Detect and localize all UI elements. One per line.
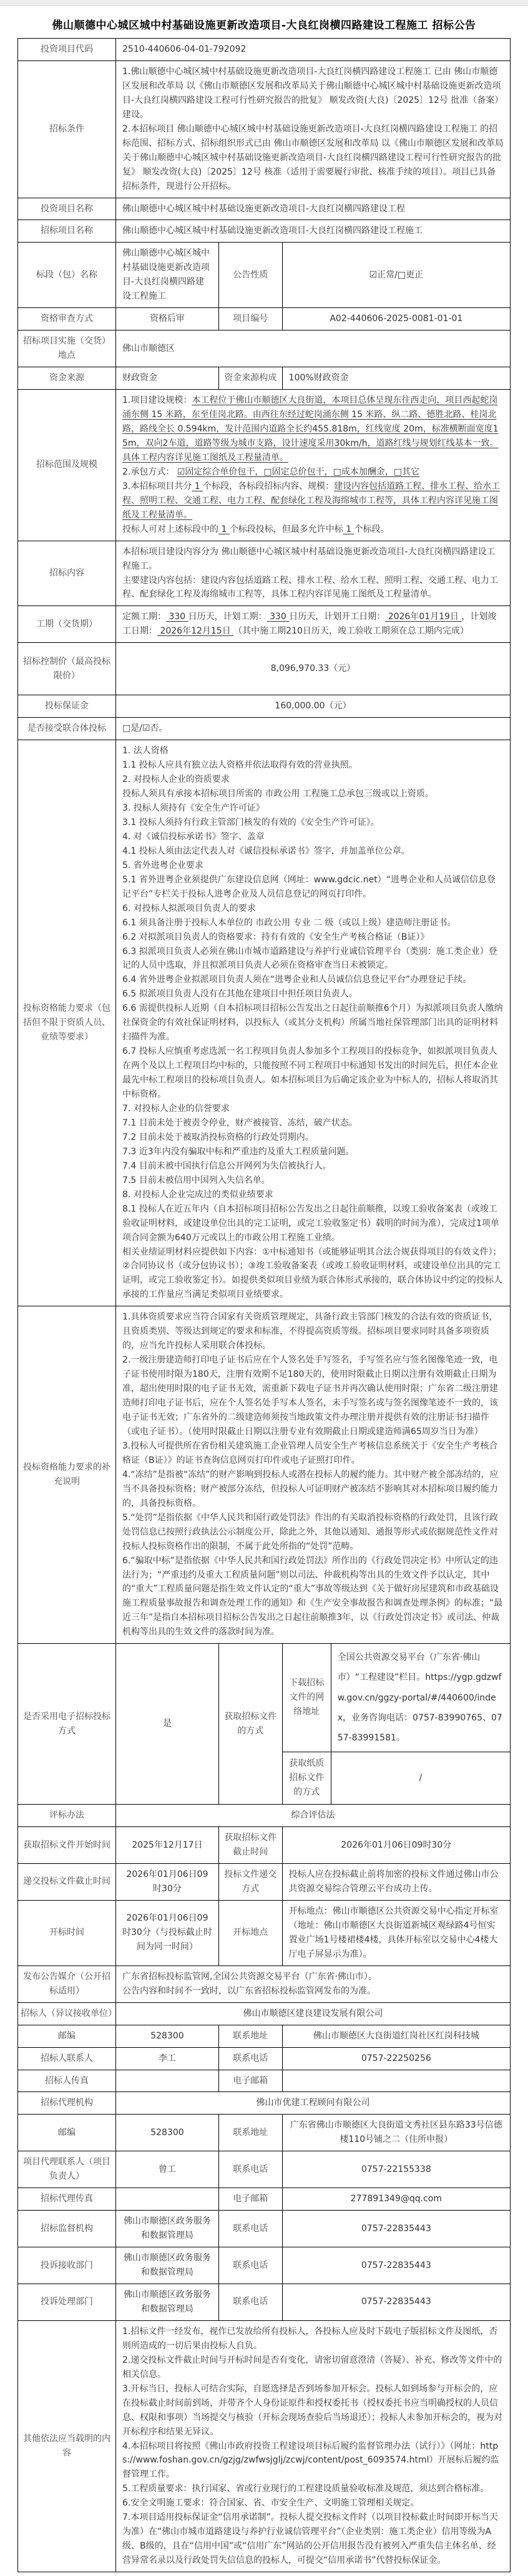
- tenderer-email-label: 电子邮箱: [218, 2070, 282, 2092]
- funding-source-label: 资金来源: [18, 367, 116, 390]
- row-price-ceiling: 招标控制价（最高投标限价）8,096,970.33（元）: [18, 643, 511, 695]
- tenderer-phone-label: 联系电话: [218, 2047, 282, 2070]
- download-url-label: 下载招标文件的网络地址: [282, 1644, 331, 1752]
- row-complaint-receiving: 投诉接收部门佛山市顺德区政务服务和数据管理局联系电话0757-22835443: [18, 2247, 511, 2284]
- tender-conditions-label: 招标条件: [18, 60, 116, 198]
- doc-obtain-deadline-value: 2026年01月06日09时30分: [282, 1827, 510, 1864]
- supervision-phone-value: 0757-22835443: [282, 2211, 510, 2247]
- bid-submission-deadline-label: 递交投标文件截止时间: [18, 1864, 116, 1901]
- qualification-review-label: 资格审查方式: [18, 308, 116, 330]
- investment-project-name-label: 投资项目名称: [18, 198, 116, 220]
- tender-conditions-value: 1.佛山顺德中心城区城中村基础设施更新改造项目-大良红岗横四路建设工程施工 已由…: [116, 60, 511, 198]
- row-tenderer-postcode: 邮编528300联系地址佛山市顺德区大良街道红岗社区红岗科技城: [18, 2025, 511, 2047]
- agency-postcode-label: 邮编: [18, 2115, 116, 2151]
- bidder-qualification-label: 投标资格能力要求（包括但不限于资质人员、业绩等要求）: [18, 740, 116, 1306]
- row-evaluation-method: 评标办法综合评估法: [18, 1805, 511, 1827]
- tender-content-value: 本招标项目建设内容分为 佛山顺德中心城区城中村基础设施更新改造项目-大良红岗横四…: [116, 541, 511, 606]
- tender-scope-scale-value: 1.项目建设规模：本工程位于佛山市顺德区大良街道，本项目总体呈现东往西走向，项目…: [116, 390, 511, 541]
- doc-obtain-start-value: 2025年12月17日: [116, 1827, 219, 1864]
- complaint-handling-phone-value: 0757-22835443: [282, 2284, 510, 2320]
- agency-email-label: 电子邮箱: [218, 2188, 282, 2211]
- row-tenderer: 招标人（异议接收单位）佛山市顺德区建良建设发展有限公司: [18, 2002, 511, 2025]
- agency-phone-label: 联系电话: [218, 2151, 282, 2188]
- price-ceiling-label: 招标控制价（最高投标限价）: [18, 643, 116, 695]
- row-delivery-location: 招标项目实施（交货）地点佛山市顺德区: [18, 330, 511, 367]
- agency-label: 招标代理机构: [18, 2092, 116, 2115]
- bid-opening-place-label: 开标地点: [218, 1900, 282, 1966]
- bid-bond-value: 160,000.00（元）: [116, 695, 511, 718]
- announcement-media-label: 发布公告媒介（公开招标适用）: [18, 1966, 116, 2002]
- announcement-document: 佛山顺德中心城区城中村基础设施更新改造项目-大良红岗横四路建设工程施工 招标公告…: [0, 16, 528, 2576]
- tenderer-fax-value: [116, 2070, 219, 2092]
- download-url-value: 全国公共资源交易平台（广东省·佛山市）“工程建设”栏目。https://ygp.…: [331, 1644, 510, 1752]
- consortium-bidding-value: □是/☑否。: [116, 718, 511, 740]
- complaint-handling-value: 佛山市顺德区政务服务和数据管理局: [116, 2284, 219, 2320]
- agency-email-value: 277891349@qq.com: [282, 2188, 510, 2211]
- doc-obtain-deadline-label: 获取招标文件截止时间: [218, 1827, 282, 1864]
- tenderer-email-value: [282, 2070, 510, 2092]
- complaint-receiving-value: 佛山市顺德区政务服务和数据管理局: [116, 2247, 219, 2284]
- doc-obtain-start-label: 获取招标文件开始时间: [18, 1827, 116, 1864]
- row-other-required-content: 其他依法应当载明的内容1.招标文件一经发布，视作已发放给所有投标人，各投标人应及…: [18, 2320, 511, 2572]
- electronic-bidding-value: 是: [116, 1644, 219, 1805]
- tenderer-postcode-value: 528300: [116, 2025, 219, 2047]
- other-required-content-value: 1.招标文件一经发布，视作已发放给所有投标人，各投标人应及时下载电子版招标文件及…: [116, 2320, 511, 2572]
- doc-obtain-method-label: 获取招标文件的方式: [218, 1644, 282, 1805]
- row-tenderer-contact: 招标人联系人李工联系电话0757-22250256: [18, 2047, 511, 2070]
- project-number-value: A02-440606-2025-0081-01-01: [282, 308, 510, 330]
- agency-address-label: 联系地址: [218, 2115, 282, 2151]
- agency-phone-value: 0757-22155338: [282, 2151, 510, 2188]
- tenderer-label: 招标人（异议接收单位）: [18, 2002, 116, 2025]
- project-number-label: 项目编号: [218, 308, 282, 330]
- row-bid-opening: 开标时间2026年01月06日09时30分（与投标截止时间为同一时间）开标地点开…: [18, 1900, 511, 1966]
- submission-method-value: 投标人应在投标截止前将加密的投标文件通过佛山市公共资源交易综合管理云平台成功上传…: [282, 1864, 510, 1901]
- row-tender-project-name: 招标项目名称佛山顺德中心城区城中村基础设施更新改造项目-大良红岗横四路建设工程施…: [18, 220, 511, 243]
- evaluation-method-label: 评标办法: [18, 1805, 116, 1827]
- tenderer-phone-value: 0757-22250256: [282, 2047, 510, 2070]
- price-ceiling-value: 8,096,970.33（元）: [116, 643, 511, 695]
- agency-contact-label: 项目代理联系人（项目负责人）: [18, 2151, 116, 2188]
- complaint-receiving-phone-label: 联系电话: [218, 2247, 282, 2284]
- bid-submission-deadline-value: 2026年01月06日09时30分: [116, 1864, 219, 1901]
- bid-opening-time-label: 开标时间: [18, 1900, 116, 1966]
- tender-project-name-value: 佛山顺德中心城区城中村基础设施更新改造项目-大良红岗横四路建设工程施工: [116, 220, 511, 243]
- electronic-bidding-label: 是否采用电子招标投标方式: [18, 1644, 116, 1805]
- tenderer-fax-label: 招标人传真: [18, 2070, 116, 2092]
- row-bidder-qualification: 投标资格能力要求（包括但不限于资质人员、业绩等要求）1. 法人资格1.1 投标人…: [18, 740, 511, 1306]
- row-qualification-notes: 投标资格能力要求的补充说明1.具体资质要求应当符合国家有关资质管理规定，具备行政…: [18, 1306, 511, 1644]
- funding-composition-value: 100%财政资金: [282, 367, 510, 390]
- section-name-label: 标段（包）名称: [18, 243, 116, 308]
- row-agency-postcode: 邮编528300联系地址广东省佛山市顺德区大良街道文秀社区县东路33号信德楼11…: [18, 2115, 511, 2151]
- paper-doc-value: /: [331, 1752, 510, 1805]
- announcement-media-value: 广东省招标投标监管网,全国公共资源交易平台（广东省·佛山市）。公告内容和时间不一…: [116, 1966, 511, 2002]
- announcement-nature-value: ☑正常/□更正: [282, 243, 510, 308]
- funding-composition-label: 资金来源构成: [218, 367, 282, 390]
- supervision-authority-value: 佛山市顺德区政务服务和数据管理局: [116, 2211, 219, 2247]
- evaluation-method-value: 综合评估法: [116, 1805, 511, 1827]
- qualification-notes-value: 1.具体资质要求应当符合国家有关资质管理规定，具备行政主管部门核发的合法有效的资…: [116, 1306, 511, 1644]
- paper-doc-label: 获取纸质招标文件的方式: [282, 1752, 331, 1805]
- row-announcement-media: 发布公告媒介（公开招标适用）广东省招标投标监管网,全国公共资源交易平台（广东省·…: [18, 1966, 511, 2002]
- construction-period-label: 工期（交货期）: [18, 606, 116, 643]
- agency-fax-label: 招标代理传真: [18, 2188, 116, 2211]
- row-tender-scope-scale: 招标范围及规模1.项目建设规模：本工程位于佛山市顺德区大良街道，本项目总体呈现东…: [18, 390, 511, 541]
- bidder-qualification-value: 1. 法人资格1.1 投标人应具有独立法人资格并依法取得有效的营业执照。2. 对…: [116, 740, 511, 1306]
- row-tender-conditions: 招标条件1.佛山顺德中心城区城中村基础设施更新改造项目-大良红岗横四路建设工程施…: [18, 60, 511, 198]
- complaint-handling-label: 投诉处理部门: [18, 2284, 116, 2320]
- row-agency-fax: 招标代理传真电子邮箱277891349@qq.com: [18, 2188, 511, 2211]
- funding-source-value: 财政资金: [116, 367, 219, 390]
- row-tender-content: 招标内容本招标项目建设内容分为 佛山顺德中心城区城中村基础设施更新改造项目-大良…: [18, 541, 511, 606]
- row-funding-source: 资金来源财政资金资金来源构成100%财政资金: [18, 367, 511, 390]
- agency-postcode-value: 528300: [116, 2115, 219, 2151]
- tenderer-postcode-label: 邮编: [18, 2025, 116, 2047]
- bid-opening-place-value: 开标地点：佛山市顺德区公共资源交易中心指定开标室（地址：佛山市顺德区大良街道新城…: [282, 1900, 510, 1966]
- row-agency: 招标代理机构佛山市优建工程顾问有限公司: [18, 2092, 511, 2115]
- row-investment-project-code: 投资项目代码2510-440606-04-01-792092: [18, 39, 511, 61]
- consortium-bidding-label: 是否接受联合体投标: [18, 718, 116, 740]
- row-complaint-handling: 投诉处理部门佛山市顺德区政务服务和数据管理局联系电话0757-22835443: [18, 2284, 511, 2320]
- row-consortium-bidding: 是否接受联合体投标□是/☑否。: [18, 718, 511, 740]
- row-agency-contact: 项目代理联系人（项目负责人）曾工联系电话0757-22155338: [18, 2151, 511, 2188]
- tender-content-label: 招标内容: [18, 541, 116, 606]
- supervision-authority-label: 招标监督机构: [18, 2211, 116, 2247]
- row-bid-bond: 投标保证金160,000.00（元）: [18, 695, 511, 718]
- supervision-phone-label: 联系电话: [218, 2211, 282, 2247]
- qualification-notes-label: 投标资格能力要求的补充说明: [18, 1306, 116, 1644]
- tenderer-address-value: 佛山市顺德区大良街道红岗社区红岗科技城: [282, 2025, 510, 2047]
- agency-address-value: 广东省佛山市顺德区大良街道文秀社区县东路33号信德楼110号铺之二（住所申报）: [282, 2115, 510, 2151]
- tender-scope-scale-label: 招标范围及规模: [18, 390, 116, 541]
- bid-opening-time-value: 2026年01月06日09时30分（与投标截止时间为同一时间）: [116, 1900, 219, 1966]
- complaint-handling-phone-label: 联系电话: [218, 2284, 282, 2320]
- row-construction-period: 工期（交货期）定额工期： 330 日历天，计划工期： 330 日历天，计划开工日…: [18, 606, 511, 643]
- construction-period-value: 定额工期： 330 日历天，计划工期： 330 日历天，计划开工日期： 2026…: [116, 606, 511, 643]
- delivery-location-value: 佛山市顺德区: [116, 330, 511, 367]
- bid-bond-label: 投标保证金: [18, 695, 116, 718]
- tenderer-contact-value: 李工: [116, 2047, 219, 2070]
- complaint-receiving-phone-value: 0757-22835443: [282, 2247, 510, 2284]
- page-title: 佛山顺德中心城区城中村基础设施更新改造项目-大良红岗横四路建设工程施工 招标公告: [17, 16, 511, 32]
- investment-project-code-value: 2510-440606-04-01-792092: [116, 39, 511, 61]
- announcement-nature-label: 公告性质: [218, 243, 282, 308]
- tenderer-contact-label: 招标人联系人: [18, 2047, 116, 2070]
- row-investment-project-name: 投资项目名称佛山顺德中心城区城中村基础设施更新改造项目-大良红岗横四路建设工程: [18, 198, 511, 220]
- row-doc-obtain-time: 获取招标文件开始时间2025年12月17日获取招标文件截止时间2026年01月0…: [18, 1827, 511, 1864]
- tender-project-name-label: 招标项目名称: [18, 220, 116, 243]
- row-bid-submission: 递交投标文件截止时间2026年01月06日09时30分投标文件递交方式投标人应在…: [18, 1864, 511, 1901]
- tenderer-value: 佛山市顺德区建良建设发展有限公司: [116, 2002, 511, 2025]
- row-qualification-review: 资格审查方式资格后审项目编号A02-440606-2025-0081-01-01: [18, 308, 511, 330]
- complaint-receiving-label: 投诉接收部门: [18, 2247, 116, 2284]
- other-required-content-label: 其他依法应当载明的内容: [18, 2320, 116, 2572]
- submission-method-label: 投标文件递交方式: [218, 1864, 282, 1901]
- row-tenderer-fax: 招标人传真电子邮箱: [18, 2070, 511, 2092]
- section-name-value: 佛山顺德中心城区城中村基础设施更新改造项目-大良红岗横四路建设工程施工: [116, 243, 219, 308]
- announcement-table: 投资项目代码2510-440606-04-01-792092招标条件1.佛山顺德…: [17, 38, 511, 2572]
- row-electronic-bidding: 是否采用电子招标投标方式是获取招标文件的方式下载招标文件的网络地址全国公共资源交…: [18, 1644, 511, 1752]
- qualification-review-value: 资格后审: [116, 308, 219, 330]
- agency-contact-value: 曾工: [116, 2151, 219, 2188]
- tenderer-address-label: 联系地址: [218, 2025, 282, 2047]
- row-supervision: 招标监督机构佛山市顺德区政务服务和数据管理局联系电话0757-22835443: [18, 2211, 511, 2247]
- agency-fax-value: [116, 2188, 219, 2211]
- investment-project-code-label: 投资项目代码: [18, 39, 116, 61]
- page-top-strip: [0, 0, 528, 6]
- row-section-name: 标段（包）名称佛山顺德中心城区城中村基础设施更新改造项目-大良红岗横四路建设工程…: [18, 243, 511, 308]
- delivery-location-label: 招标项目实施（交货）地点: [18, 330, 116, 367]
- investment-project-name-value: 佛山顺德中心城区城中村基础设施更新改造项目-大良红岗横四路建设工程: [116, 198, 511, 220]
- agency-value: 佛山市优建工程顾问有限公司: [116, 2092, 511, 2115]
